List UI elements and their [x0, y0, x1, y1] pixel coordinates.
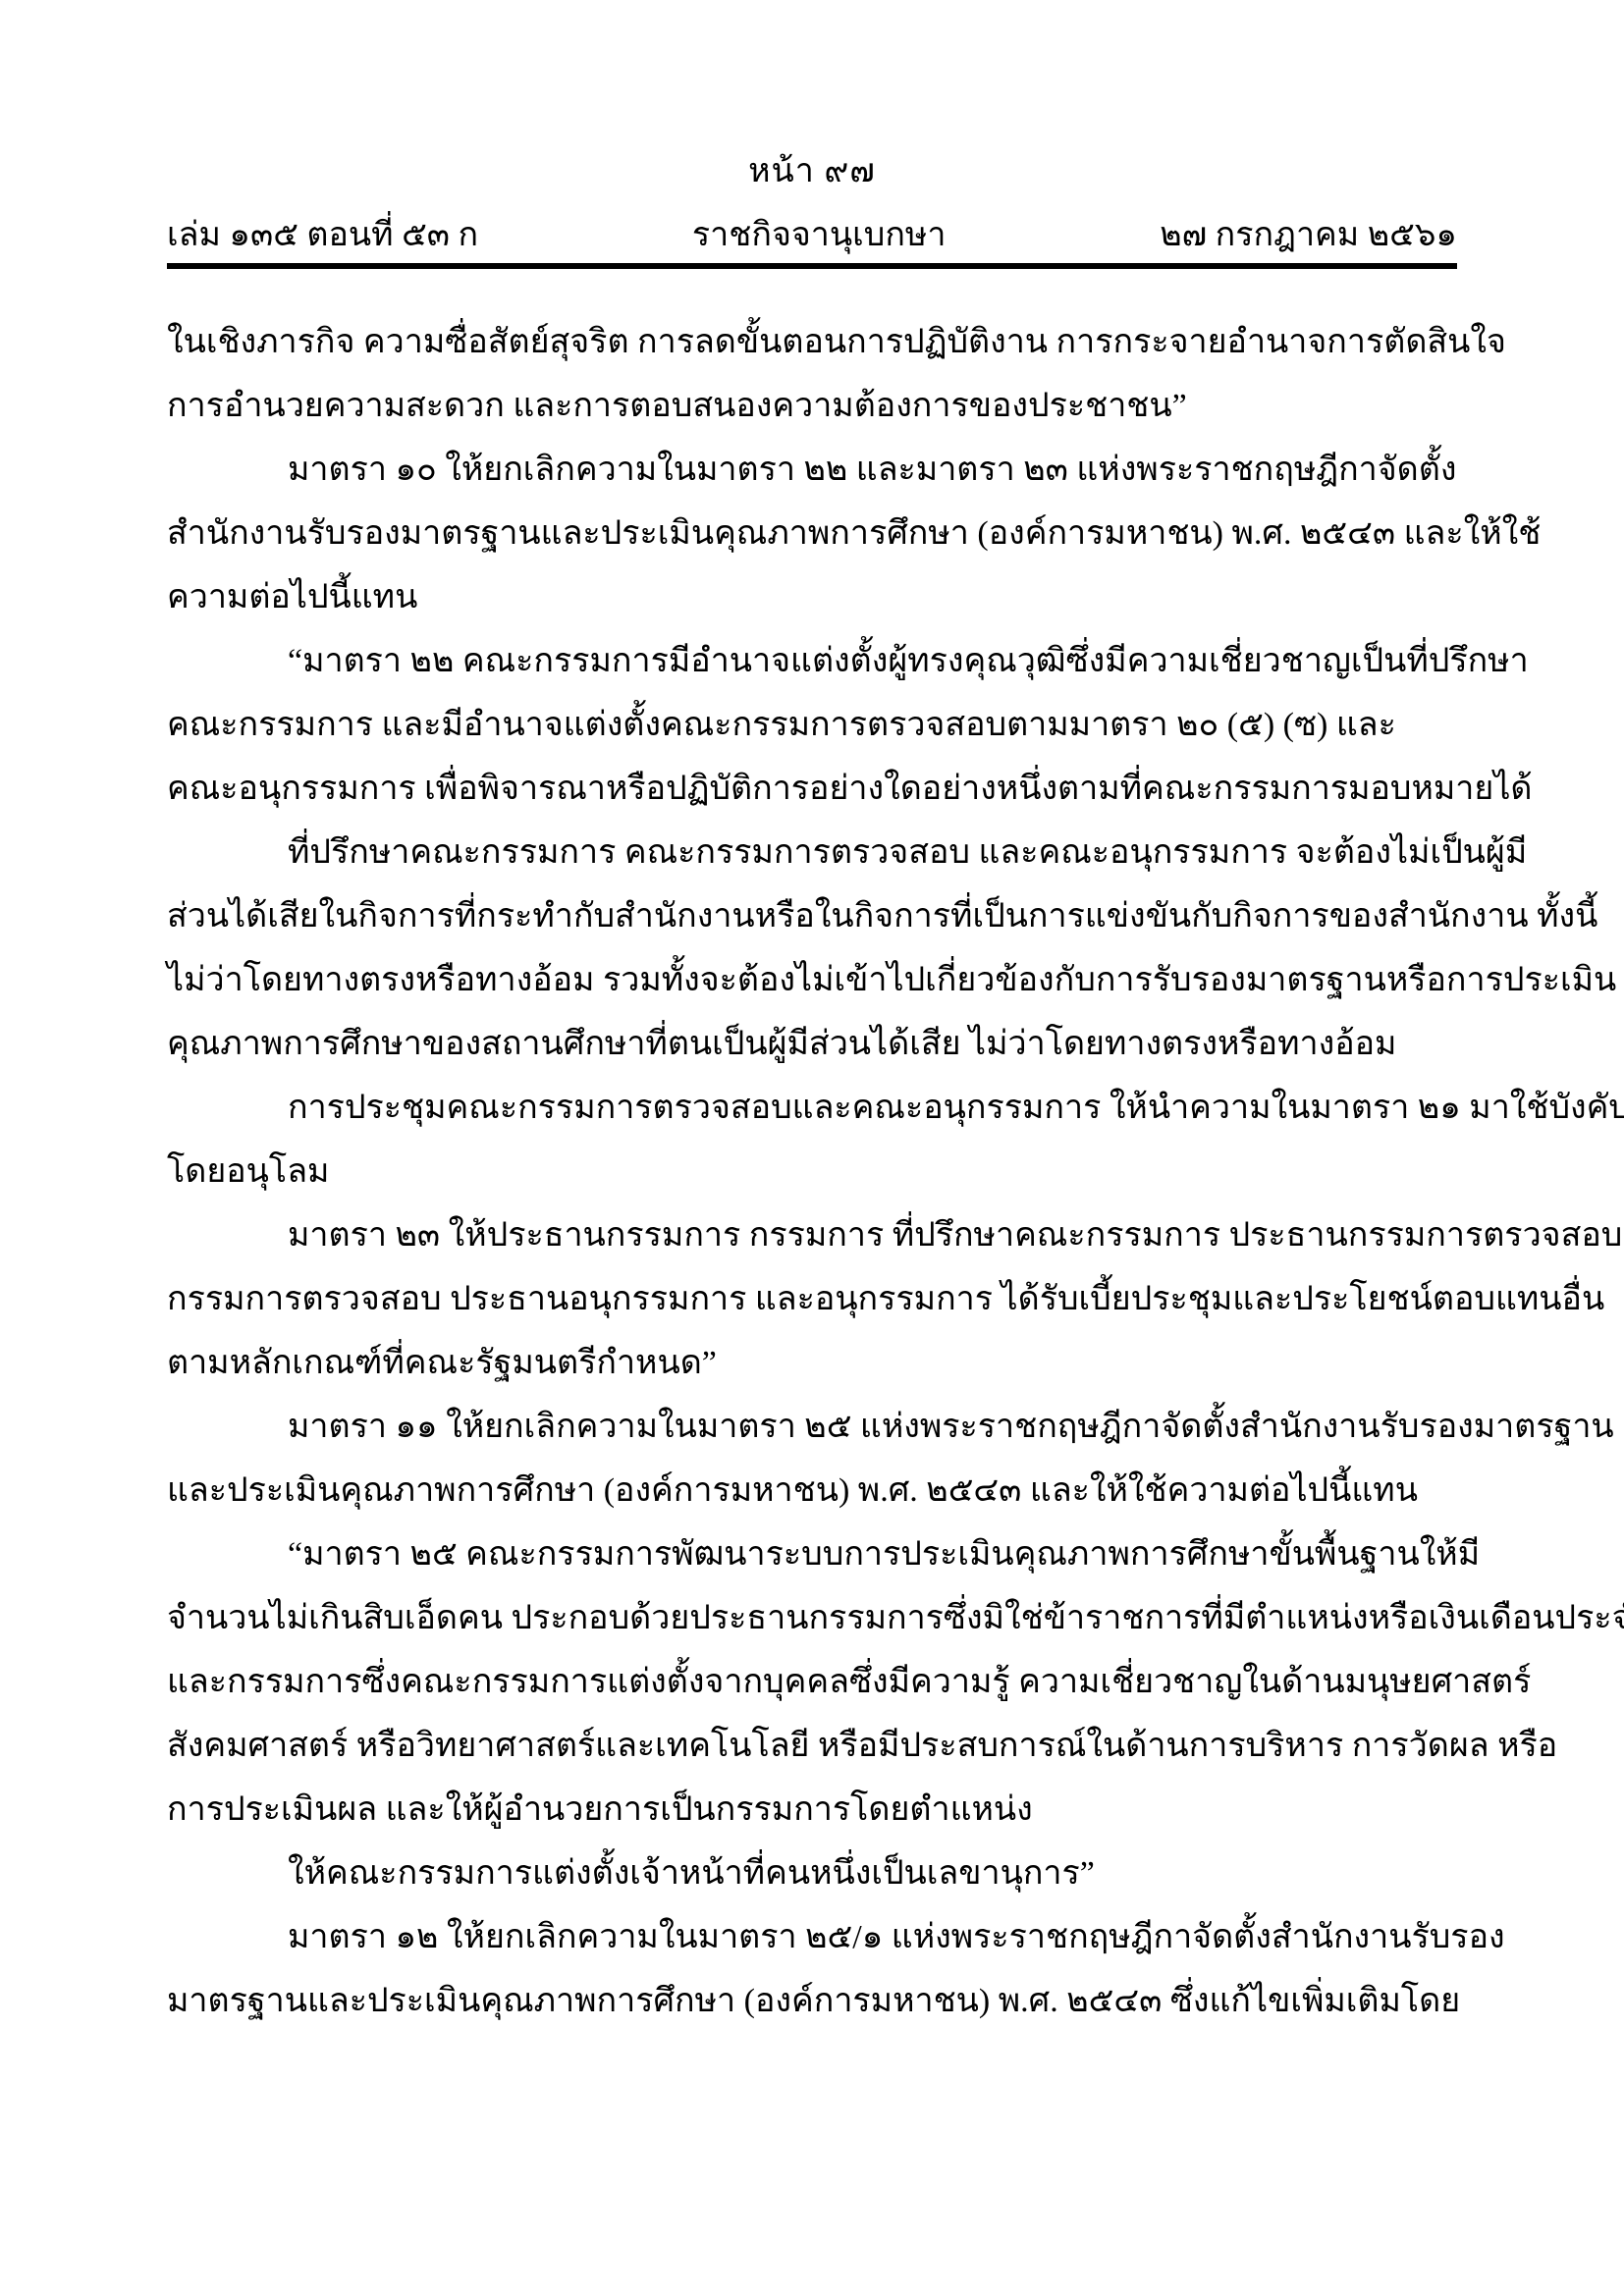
- text-line-20: “มาตรา ๒๕ คณะกรรมการพัฒนาระบบการประเมินค…: [167, 1522, 1457, 1586]
- text-line-21: จำนวนไม่เกินสิบเอ็ดคน ประกอบด้วยประธานกร…: [167, 1586, 1457, 1650]
- issue-date: ๒๗ กรกฎาคม ๒๕๖๑: [1160, 212, 1457, 259]
- text-line-17: ตามหลักเกณฑ์ที่คณะรัฐมนตรีกำหนด”: [167, 1331, 1457, 1395]
- text-line-6: “มาตรา ๒๒ คณะกรรมการมีอำนาจแต่งตั้งผู้ทร…: [167, 629, 1457, 693]
- text-line-11: ไม่ว่าโดยทางตรงหรือทางอ้อม รวมทั้งจะต้อง…: [167, 948, 1457, 1012]
- volume-info: เล่ม ๑๓๕ ตอนที่ ๕๓ ก: [167, 212, 478, 259]
- text-line-26: มาตรา ๑๒ ให้ยกเลิกความในมาตรา ๒๕/๑ แห่งพ…: [167, 1905, 1457, 1969]
- text-line-8: คณะอนุกรรมการ เพื่อพิจารณาหรือปฏิบัติการ…: [167, 757, 1457, 821]
- text-line-25: ให้คณะกรรมการแต่งตั้งเจ้าหน้าที่คนหนึ่งเ…: [167, 1842, 1457, 1905]
- text-line-9: ที่ปรึกษาคณะกรรมการ คณะกรรมการตรวจสอบ แล…: [167, 821, 1457, 884]
- text-line-2: การอำนวยความสะดวก และการตอบสนองความต้องก…: [167, 374, 1457, 438]
- text-line-5: ความต่อไปนี้แทน: [167, 565, 1457, 629]
- gazette-name: ราชกิจจานุเบกษา: [692, 212, 947, 259]
- text-line-24: การประเมินผล และให้ผู้อำนวยการเป็นกรรมกา…: [167, 1778, 1457, 1842]
- gazette-page: หน้า ๙๗ เล่ม ๑๓๕ ตอนที่ ๕๓ ก ราชกิจจานุเ…: [0, 0, 1624, 2296]
- text-line-19: และประเมินคุณภาพการศึกษา (องค์การมหาชน) …: [167, 1459, 1457, 1522]
- text-line-15: มาตรา ๒๓ ให้ประธานกรรมการ กรรมการ ที่ปรึ…: [167, 1203, 1457, 1267]
- text-line-27: มาตรฐานและประเมินคุณภาพการศึกษา (องค์การ…: [167, 1969, 1457, 2033]
- text-line-10: ส่วนได้เสียในกิจการที่กระทำกับสำนักงานหร…: [167, 884, 1457, 948]
- text-line-16: กรรมการตรวจสอบ ประธานอนุกรรมการ และอนุกร…: [167, 1267, 1457, 1331]
- text-line-7: คณะกรรมการ และมีอำนาจแต่งตั้งคณะกรรมการต…: [167, 693, 1457, 757]
- document-body: ในเชิงภารกิจ ความซื่อสัตย์สุจริต การลดขั…: [167, 310, 1457, 2033]
- text-line-3: มาตรา ๑๐ ให้ยกเลิกความในมาตรา ๒๒ และมาตร…: [167, 438, 1457, 502]
- text-line-14: โดยอนุโลม: [167, 1140, 1457, 1203]
- header-divider: [167, 263, 1457, 269]
- masthead: เล่ม ๑๓๕ ตอนที่ ๕๓ ก ราชกิจจานุเบกษา ๒๗ …: [167, 212, 1457, 259]
- text-line-4: สำนักงานรับรองมาตรฐานและประเมินคุณภาพการ…: [167, 502, 1457, 565]
- text-line-18: มาตรา ๑๑ ให้ยกเลิกความในมาตรา ๒๕ แห่งพระ…: [167, 1395, 1457, 1459]
- text-line-13: การประชุมคณะกรรมการตรวจสอบและคณะอนุกรรมก…: [167, 1076, 1457, 1140]
- text-line-1: ในเชิงภารกิจ ความซื่อสัตย์สุจริต การลดขั…: [167, 310, 1457, 374]
- text-line-23: สังคมศาสตร์ หรือวิทยาศาสตร์และเทคโนโลยี …: [167, 1714, 1457, 1778]
- page-number: หน้า ๙๗: [0, 147, 1624, 196]
- text-line-12: คุณภาพการศึกษาของสถานศึกษาที่ตนเป็นผู้มี…: [167, 1012, 1457, 1076]
- text-line-22: และกรรมการซึ่งคณะกรรมการแต่งตั้งจากบุคคล…: [167, 1650, 1457, 1714]
